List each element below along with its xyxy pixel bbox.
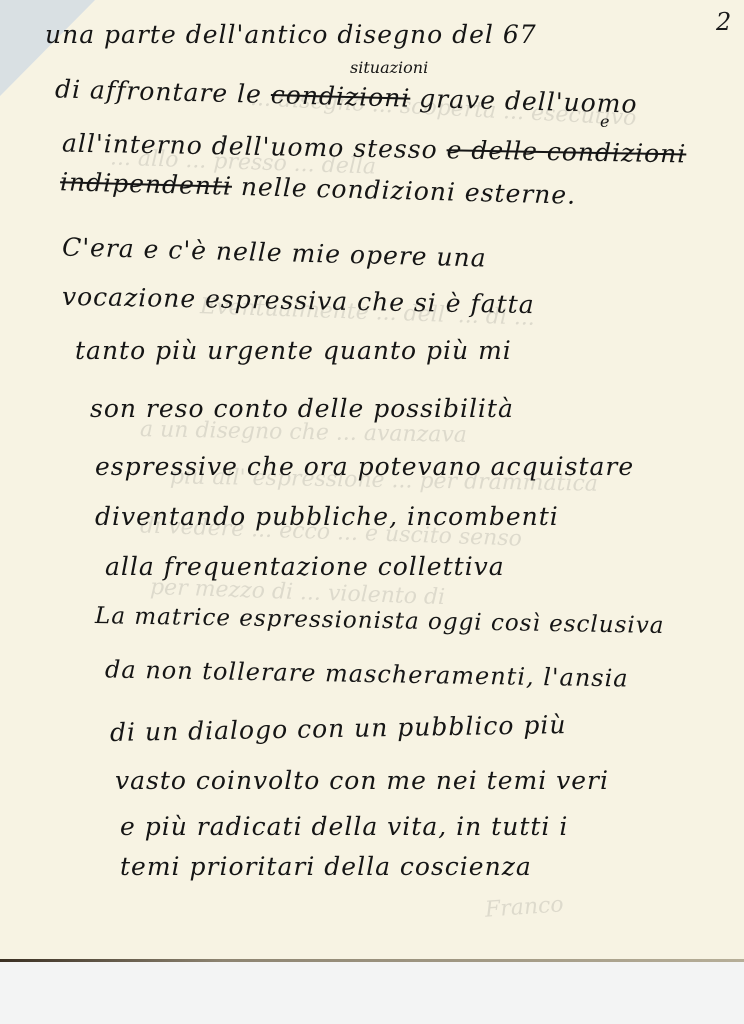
manuscript-line-15: vasto coinvolto con me nei temi veri bbox=[115, 766, 609, 795]
page-number: 2 bbox=[716, 8, 731, 36]
underlying-sheet bbox=[0, 962, 744, 1024]
interlinear-insert: situazioni bbox=[350, 58, 428, 77]
manuscript-line-9: espressive che ora potevano acquistare bbox=[95, 452, 634, 481]
line-text: grave dell'uomo bbox=[419, 84, 638, 119]
manuscript-line-11: alla frequentazione collettiva bbox=[105, 552, 505, 581]
manuscript-line-16: e più radicati della vita, in tutti i bbox=[120, 812, 568, 841]
struck-word: e delle condizioni bbox=[446, 135, 686, 168]
struck-word: indipendenti bbox=[60, 167, 233, 200]
manuscript-line-7: tanto più urgente quanto più mi bbox=[75, 336, 512, 365]
manuscript-line-8: son reso conto delle possibilità bbox=[90, 394, 514, 423]
line-text: una parte dell'antico disegno del 67 bbox=[45, 20, 537, 49]
manuscript-line-1: una parte dell'antico disegno del 67 bbox=[45, 20, 537, 49]
manuscript-line-17: temi prioritari della coscienza bbox=[120, 852, 532, 881]
struck-word: condizioni bbox=[271, 80, 411, 113]
manuscript-line-10: diventando pubbliche, incombenti bbox=[95, 502, 559, 531]
line-text: di affrontare le bbox=[55, 74, 263, 108]
